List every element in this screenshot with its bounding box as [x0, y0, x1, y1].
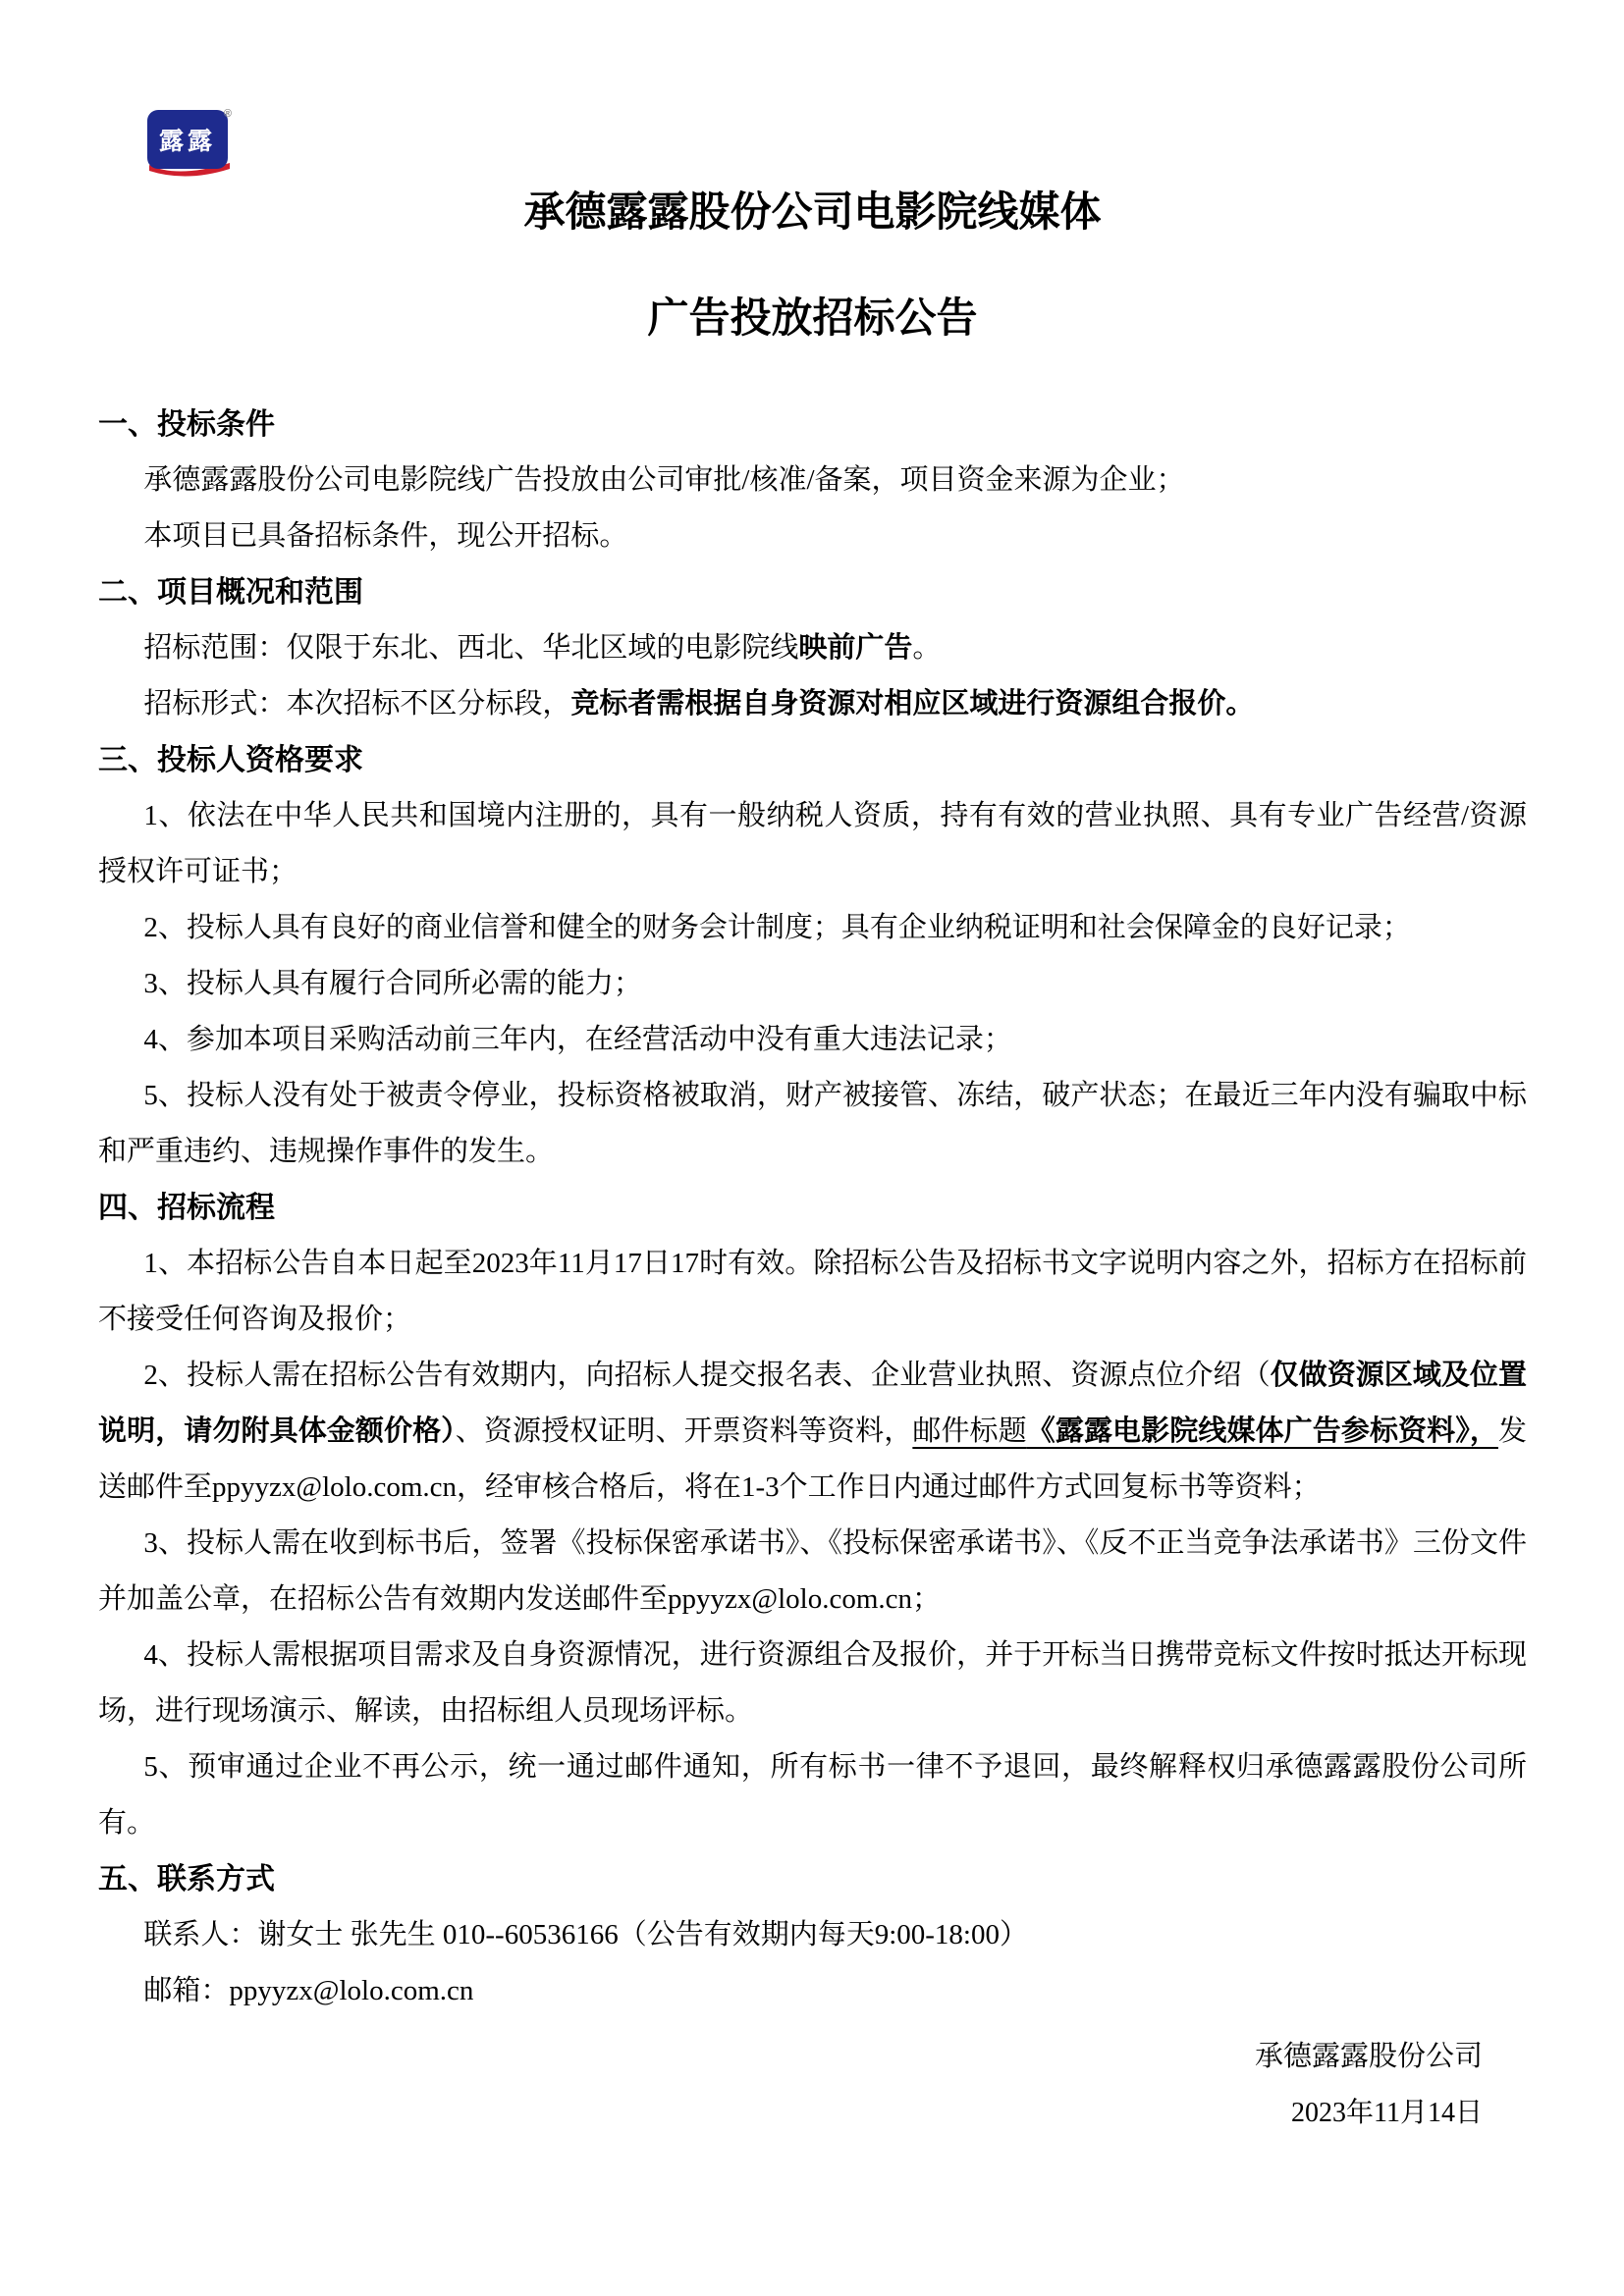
section-4-item-1: 1、本招标公告自本日起至2023年11月17日17时有效。除招标公告及招标书文字…: [98, 1236, 1527, 1348]
signature-block: 承德露露股份公司 2023年11月14日: [98, 2029, 1527, 2141]
section-2-heading: 二、项目概况和范围: [98, 564, 1527, 620]
section-3-item-4: 4、参加本项目采购活动前三年内，在经营活动中没有重大违法记录；: [98, 1012, 1527, 1068]
tender-announcement-page: 露露 ® 承德露露股份公司电影院线媒体 广告投放招标公告 一、投标条件 承德露露…: [0, 0, 1624, 2141]
section-4-item-2: 2、投标人需在招标公告有效期内，向招标人提交报名表、企业营业执照、资源点位介绍（…: [98, 1348, 1527, 1516]
item2-underline-email-subject-label: 邮件标题: [912, 1415, 1026, 1447]
signature-company: 承德露露股份公司: [98, 2029, 1483, 2085]
item2-bold-underline-email-subject: 《露露电影院线媒体广告参标资料》，: [1027, 1415, 1498, 1447]
form-text: 招标形式：本次招标不区分标段，: [143, 688, 570, 720]
section-4-item-5: 5、预审通过企业不再公示，统一通过邮件通知，所有标书一律不予退回，最终解释权归承…: [98, 1739, 1527, 1851]
section-1-paragraph-1: 承德露露股份公司电影院线广告投放由公司审批/核准/备案，项目资金来源为企业；: [98, 453, 1527, 508]
section-3-item-1: 1、依法在中华人民共和国境内注册的，具有一般纳税人资质，持有有效的营业执照、具有…: [98, 788, 1527, 900]
lulu-logo-box: 露露 ®: [147, 110, 228, 169]
scope-bold-text: 映前广告: [798, 632, 912, 664]
section-4-heading: 四、招标流程: [98, 1180, 1527, 1236]
section-2-paragraph-form: 招标形式：本次招标不区分标段，竞标者需根据自身资源对相应区域进行资源组合报价。: [98, 676, 1527, 732]
section-3-item-3: 3、投标人具有履行合同所必需的能力；: [98, 956, 1527, 1012]
lulu-logo: 露露 ®: [147, 110, 234, 181]
lulu-logo-text: 露露: [159, 122, 216, 157]
section-1-paragraph-2: 本项目已具备招标条件，现公开招标。: [98, 508, 1527, 564]
section-3-heading: 三、投标人资格要求: [98, 732, 1527, 788]
item2-text-a: 2、投标人需在招标公告有效期内，向招标人提交报名表、企业营业执照、资源点位介绍（: [143, 1360, 1270, 1391]
section-3-item-5: 5、投标人没有处于被责令停业，投标资格被取消，财产被接管、冻结，破产状态；在最近…: [98, 1068, 1527, 1180]
section-2-paragraph-scope: 招标范围：仅限于东北、西北、华北区域的电影院线映前广告。: [98, 620, 1527, 676]
scope-text: 招标范围：仅限于东北、西北、华北区域的电影院线: [143, 632, 798, 664]
scope-period: 。: [912, 632, 941, 664]
section-4-item-3: 3、投标人需在收到标书后，签署《投标保密承诺书》、《投标保密承诺书》、《反不正当…: [98, 1516, 1527, 1628]
contact-email-line: 邮箱：ppyyzx@lolo.com.cn: [98, 1963, 1527, 2019]
section-4-item-4: 4、投标人需根据项目需求及自身资源情况，进行资源组合及报价，并于开标当日携带竞标…: [98, 1628, 1527, 1739]
document-title-line1: 承德露露股份公司电影院线媒体: [98, 185, 1527, 240]
form-bold-text: 竞标者需根据自身资源对相应区域进行资源组合报价。: [570, 688, 1254, 720]
item2-text-b: 、资源授权证明、开票资料等资料，: [456, 1415, 913, 1447]
signature-date: 2023年11月14日: [98, 2085, 1483, 2141]
contact-person-line: 联系人：谢女士 张先生 010--60536166（公告有效期内每天9:00-1…: [98, 1907, 1527, 1963]
section-5-heading: 五、联系方式: [98, 1851, 1527, 1907]
section-3-item-2: 2、投标人具有良好的商业信誉和健全的财务会计制度；具有企业纳税证明和社会保障金的…: [98, 900, 1527, 956]
registered-trademark-icon: ®: [224, 108, 236, 120]
section-1-heading: 一、投标条件: [98, 397, 1527, 453]
document-title-line2: 广告投放招标公告: [98, 291, 1527, 346]
